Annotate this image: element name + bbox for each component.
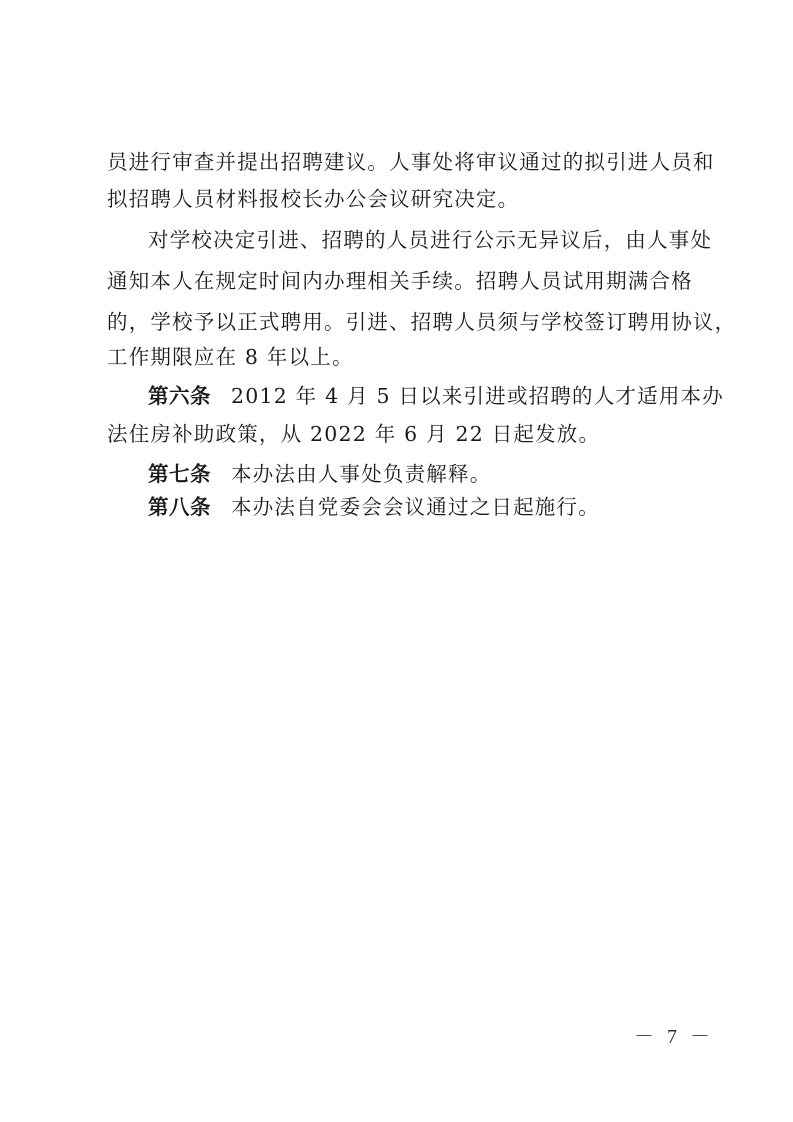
article-6-label: 第六条 bbox=[148, 384, 211, 408]
article-6-line-1: 第六条2012 年 4 月 5 日以来引进或招聘的人才适用本办 bbox=[148, 382, 734, 410]
paragraph-2-line-2: 通知本人在规定时间内办理相关手续。招聘人员试用期满合格 bbox=[107, 267, 693, 295]
article-7-line: 第七条本办法由人事处负责解释。 bbox=[148, 460, 734, 488]
paragraph-2-line-4: 工作期限应在 8 年以上。 bbox=[107, 343, 693, 371]
paragraph-2-line-1: 对学校决定引进、招聘的人员进行公示无异议后，由人事处 bbox=[148, 226, 734, 254]
article-7-text: 本办法由人事处负责解释。 bbox=[231, 462, 491, 486]
article-6-text: 2012 年 4 月 5 日以来引进或招聘的人才适用本办 bbox=[231, 384, 724, 408]
document-page: 员进行审查并提出招聘建议。人事处将审议通过的拟引进人员和 拟招聘人员材料报校长办… bbox=[0, 0, 793, 1122]
article-8-text: 本办法自党委会会议通过之日起施行。 bbox=[231, 495, 600, 519]
article-7-label: 第七条 bbox=[148, 462, 211, 486]
paragraph-1-line-2: 拟招聘人员材料报校长办公会议研究决定。 bbox=[107, 185, 693, 213]
page-number: － 7 － bbox=[634, 1020, 714, 1049]
article-8-label: 第八条 bbox=[148, 495, 211, 519]
paragraph-2-line-3: 的，学校予以正式聘用。引进、招聘人员须与学校签订聘用协议， bbox=[107, 308, 693, 336]
article-8-line: 第八条本办法自党委会会议通过之日起施行。 bbox=[148, 493, 734, 521]
paragraph-1-line-1: 员进行审查并提出招聘建议。人事处将审议通过的拟引进人员和 bbox=[107, 148, 693, 176]
article-6-line-2: 法住房补助政策，从 2022 年 6 月 22 日起发放。 bbox=[107, 420, 693, 448]
